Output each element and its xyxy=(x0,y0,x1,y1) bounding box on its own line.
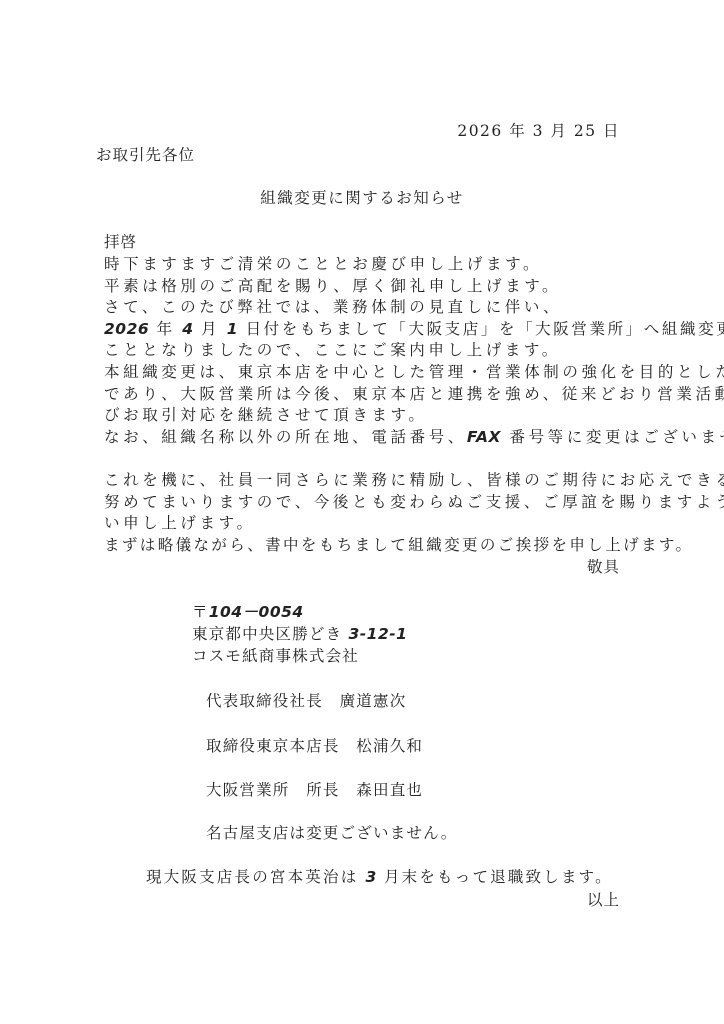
retirement-note: 現大阪支店長の宮本英治は 3 月末をもって退職致します。 xyxy=(146,867,613,887)
body-line: まずは略儀ながら、書中をもちまして組織変更のご挨拶を申し上げます。 xyxy=(104,535,693,555)
sender-company: コスモ紙商事株式会社 xyxy=(192,646,359,666)
body-line: びお取引対応を継続させて頂きます。 xyxy=(104,405,427,425)
body-line: い申し上げます。 xyxy=(104,513,256,533)
fax-line: なお、組織名称以外の所在地、電話番号、FAX 番号等に変更はございません。 xyxy=(104,427,724,447)
letter-title: 組織変更に関するお知らせ xyxy=(0,188,724,208)
fax-line-before: なお、組織名称以外の所在地、電話番号、 xyxy=(104,428,467,446)
sender-address: 東京都中央区勝どき 3-12-1 xyxy=(192,624,407,644)
postal-mark: 〒 xyxy=(192,603,209,621)
nagoya-branch-note: 名古屋支店は変更ございません。 xyxy=(206,823,457,843)
retirement-before: 現大阪支店長の宮本英治は xyxy=(146,868,366,886)
year-suffix: 年 xyxy=(149,320,182,338)
body-line: 努めてまいりますので、今後とも変わらぬご支援、ご厚誼を賜りますようお願 xyxy=(104,492,724,512)
effective-month: 4 xyxy=(182,320,193,338)
signatory-tokyo-head: 取締役東京本店長 松浦久和 xyxy=(206,736,423,756)
effective-rest: 日付をもちまして「大阪支店」を「大阪営業所」へ組織変更する xyxy=(238,320,724,338)
retirement-after: 月末をもって退職致します。 xyxy=(377,868,613,886)
effective-date-line: 2026 年 4 月 1 日付をもちまして「大阪支店」を「大阪営業所」へ組織変更… xyxy=(104,319,724,339)
effective-day: 1 xyxy=(227,320,238,338)
signatory-president: 代表取締役社長 廣道憲次 xyxy=(206,691,406,711)
postal-code: 〒104－0054 xyxy=(192,602,304,622)
body-line: 本組織変更は、東京本店を中心とした管理・営業体制の強化を目的としたもの xyxy=(104,362,724,382)
postal-code-value: 104－0054 xyxy=(209,603,304,621)
effective-year: 2026 xyxy=(104,320,149,338)
closing-keigu: 敬具 xyxy=(587,557,620,577)
month-suffix: 月 xyxy=(194,320,227,338)
body-line: さて、このたび弊社では、業務体制の見直しに伴い、 xyxy=(104,297,562,317)
signatory-osaka-office: 大阪営業所 所長 森田直也 xyxy=(206,780,423,800)
body-line: こととなりましたので、ここにご案内申し上げます。 xyxy=(104,340,561,360)
fax-line-after: 番号等に変更はございません。 xyxy=(501,428,724,446)
opening-salutation: 拝啓 xyxy=(104,232,137,252)
retirement-month: 3 xyxy=(366,868,377,886)
body-line: 平素は格別のご高配を賜り、厚く御礼申し上げます。 xyxy=(104,276,561,296)
address-number: 3-12-1 xyxy=(348,625,407,643)
letter-date: 2026 年 3 月 25 日 xyxy=(457,121,620,141)
fax-label: FAX xyxy=(467,428,501,446)
end-mark-ijou: 以上 xyxy=(587,890,620,910)
address-text: 東京都中央区勝どき xyxy=(192,625,348,643)
body-line: であり、大阪営業所は今後、東京本店と連携を強め、従来どおり営業活動およ xyxy=(104,384,724,404)
body-line: 時下ますますご清栄のこととお慶び申し上げます。 xyxy=(104,254,542,274)
addressee: お取引先各位 xyxy=(96,145,195,165)
body-line: これを機に、社員一同さらに業務に精励し、皆様のご期待にお応えできるよう xyxy=(104,470,724,490)
